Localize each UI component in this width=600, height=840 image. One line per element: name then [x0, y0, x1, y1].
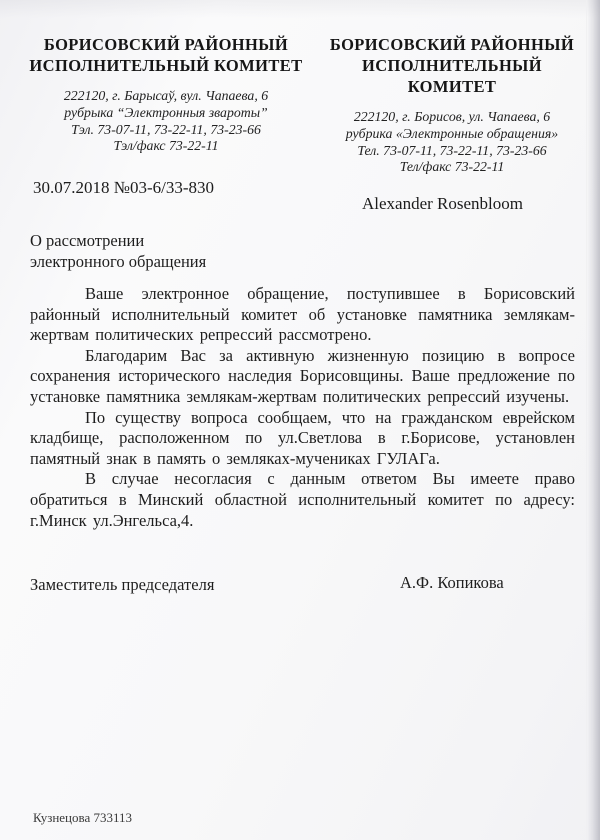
ref-number-date: 30.07.2018 №03-6/33-830	[33, 178, 214, 198]
address-line: рубрика «Электронные обращения»	[316, 126, 588, 143]
org-title-line: БОРИСОВСКИЙ РАЙОННЫЙ	[316, 34, 588, 55]
org-title-left: БОРИСОВСКИЙ РАЙОННЫЙ ИСПОЛНИТЕЛЬНЫЙ КОМИ…	[18, 34, 314, 76]
address-line: Тел. 73-07-11, 73-22-11, 73-23-66	[316, 143, 588, 160]
scanned-letter-page: БОРИСОВСКИЙ РАЙОННЫЙ ИСПОЛНИТЕЛЬНЫЙ КОМИ…	[0, 0, 600, 840]
paragraph: В случае несогласия с данным ответом Вы …	[30, 469, 575, 531]
scan-edge-shadow	[586, 0, 600, 840]
addressee: Alexander Rosenbloom	[362, 194, 523, 214]
scan-top-shade	[0, 0, 600, 18]
paragraph: По существу вопроса сообщаем, что на гра…	[30, 408, 575, 470]
signature-title: Заместитель председателя	[30, 575, 214, 595]
org-title-right: БОРИСОВСКИЙ РАЙОННЫЙ ИСПОЛНИТЕЛЬНЫЙ КОМИ…	[316, 34, 588, 97]
letterhead-russian: БОРИСОВСКИЙ РАЙОННЫЙ ИСПОЛНИТЕЛЬНЫЙ КОМИ…	[316, 34, 588, 176]
address-line: 222120, г. Борисов, ул. Чапаева, 6	[316, 109, 588, 126]
org-title-line: БОРИСОВСКИЙ РАЙОННЫЙ	[18, 34, 314, 55]
letterhead-belarusian: БОРИСОВСКИЙ РАЙОННЫЙ ИСПОЛНИТЕЛЬНЫЙ КОМИ…	[18, 34, 314, 155]
org-title-line: ИСПОЛНИТЕЛЬНЫЙ КОМИТЕТ	[316, 55, 588, 97]
paragraph: Ваше электронное обращение, поступившее …	[30, 284, 575, 346]
signature-name: А.Ф. Копикова	[400, 573, 504, 593]
letter-body: Ваше электронное обращение, поступившее …	[30, 284, 575, 531]
org-address-right: 222120, г. Борисов, ул. Чапаева, 6 рубри…	[316, 109, 588, 176]
subject-block: О рассмотрении электронного обращения	[30, 230, 206, 272]
subject-line: электронного обращения	[30, 251, 206, 272]
org-title-line: ИСПОЛНИТЕЛЬНЫЙ КОМИТЕТ	[18, 55, 314, 76]
subject-line: О рассмотрении	[30, 230, 206, 251]
org-address-left: 222120, г. Барысаў, вул. Чапаева, 6 рубр…	[18, 88, 314, 155]
executor-note: Кузнецова 733113	[33, 810, 132, 826]
address-line: 222120, г. Барысаў, вул. Чапаева, 6	[18, 88, 314, 105]
address-line: Тел/факс 73-22-11	[316, 159, 588, 176]
address-line: Тэл/факс 73-22-11	[18, 138, 314, 155]
address-line: Тэл. 73-07-11, 73-22-11, 73-23-66	[18, 122, 314, 139]
address-line: рубрыка “Электронныя звароты”	[18, 105, 314, 122]
paragraph: Благодарим Вас за активную жизненную поз…	[30, 346, 575, 408]
